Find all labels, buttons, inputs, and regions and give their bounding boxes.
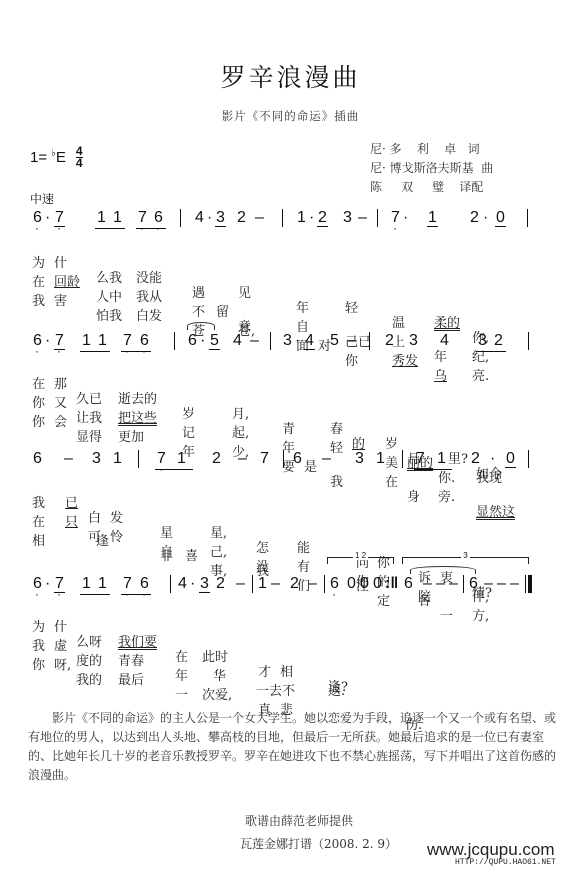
dash: – — [255, 209, 264, 227]
rest: 0 — [347, 575, 356, 593]
note: 3 — [343, 209, 352, 227]
note: 1 — [113, 209, 122, 227]
beam — [136, 228, 166, 229]
description-paragraph: 影片《不同的命运》的主人公是一个女大学生。她以恋爱为手段，追逐一个又一个或有名望… — [28, 709, 558, 785]
barline — [138, 450, 139, 468]
note: 1 — [97, 209, 106, 227]
key-signature: 1= ♭ E 4 4 — [30, 146, 83, 169]
note: 1 — [98, 575, 107, 593]
final-barline — [528, 575, 532, 593]
dot: · — [490, 450, 495, 468]
lyric-verse-3: 相逢 非喜 事,我 们注 定各 一方, — [30, 515, 55, 533]
note: 7 — [157, 450, 166, 468]
note: 7 — [138, 209, 147, 227]
beam — [121, 594, 151, 595]
dash: – — [236, 575, 245, 593]
dash: – — [238, 450, 247, 468]
lyrics-row-2: 在那 久已逝去的 岁月, 青春 的岁 月里? 如今 你又 让我把这些 记起, 年… — [0, 358, 17, 433]
credit-translator: 陈 双 璧 译配 — [370, 178, 493, 197]
rest: 0 — [360, 575, 369, 593]
notes-row-3: 6 – 3 1 7 1 2 – 7 6 – 3 1 7 1 2 · 0 — [0, 448, 581, 472]
beam — [121, 351, 151, 352]
watermark-site: www.jcqupu.com — [427, 840, 555, 860]
beam — [80, 351, 110, 352]
note: 2 — [494, 332, 503, 350]
note: 1 — [177, 450, 186, 468]
note: 1 — [376, 450, 385, 468]
dash: – — [449, 575, 458, 593]
notes-row-2: 6 · 7 1 1 7 6 6 · 5 4 – 3 · 4 5 – 2 3 4 … — [0, 330, 581, 354]
barline — [180, 209, 181, 227]
note: 6 — [33, 209, 42, 227]
note: 6 — [188, 332, 197, 350]
dash: – — [510, 575, 519, 593]
note: 1 — [258, 575, 267, 593]
lyric-verse-2: 在只 可怜 自己, 没有 你的 陪伴, — [30, 496, 55, 514]
note: 6 — [140, 332, 149, 350]
dash: – — [436, 575, 445, 593]
time-signature: 4 4 — [76, 146, 83, 169]
lyric-verse-3: 你会 显得更加 年少, 要是 我在 身旁. 显然这 — [30, 396, 55, 414]
dot: · — [309, 209, 314, 227]
dash: – — [497, 575, 506, 593]
note: 6 — [33, 332, 42, 350]
dot: · — [483, 209, 488, 227]
dash: – — [250, 332, 259, 350]
lyric-verse-3: 你呀, 我的最后 一次爱, 真悲 伤. — [30, 639, 55, 657]
dash: – — [308, 575, 317, 593]
note: 4 — [233, 332, 242, 350]
note: 4 — [305, 332, 314, 350]
dot: · — [190, 575, 195, 593]
note: 2 — [471, 450, 480, 468]
note: 3 — [355, 450, 364, 468]
beam — [80, 594, 110, 595]
dot: · — [207, 209, 212, 227]
provider-credit: 歌谱由薛范老师提供 — [245, 812, 353, 829]
note: 1 — [82, 575, 91, 593]
song-title: 罗辛浪漫曲 — [0, 58, 581, 94]
note: 7 — [391, 209, 400, 227]
lyric-verse-1: 为什 么呀我们要 在此时 才相 逢? — [30, 601, 55, 619]
note: 6 — [293, 450, 302, 468]
note: 1 — [98, 332, 107, 350]
barline — [528, 332, 529, 350]
volta-3: 3 — [402, 557, 529, 564]
note: 2 — [385, 332, 394, 350]
lyric-verse-2: 在回龄 人中我从 不留 意自 己已上 年纪, — [30, 256, 55, 274]
barline — [402, 450, 403, 468]
dash: – — [322, 450, 331, 468]
rest: 0 — [373, 575, 382, 593]
note: 0 — [496, 209, 505, 227]
barline — [463, 575, 464, 593]
tie-arc — [187, 322, 215, 330]
barline — [369, 332, 370, 350]
time-bottom: 4 — [76, 158, 83, 169]
note: 6 — [33, 450, 42, 468]
notes-row-1: 6 · 7 1 1 7 6 4 · 3 2 – 1 · 2 3 – 7 · 1 … — [0, 207, 581, 231]
volta-1-2: 1 2 — [327, 557, 394, 564]
flat-icon: ♭ — [51, 148, 56, 159]
note: 2 — [216, 575, 225, 593]
note: 5 — [330, 332, 339, 350]
dash: – — [358, 209, 367, 227]
credit-lyricist: 尼· 多 利 卓 词 — [370, 140, 493, 159]
barline — [283, 450, 284, 468]
lyric-verse-1: 为什 么我没能 遇见 年轻 温柔的 你, — [30, 237, 55, 255]
lyrics-row-4: 为什 么呀我们要 在此时 才相 逢? 我虚 度的青春 年华 一去不返. 你呀, … — [0, 601, 17, 676]
dash: – — [484, 575, 493, 593]
note: 6 — [33, 575, 42, 593]
credit-composer: 尼· 博戈斯洛夫斯基 曲 — [370, 159, 493, 178]
note: 2 — [318, 209, 327, 227]
note: 2 — [470, 209, 479, 227]
repeat-end-sign: :‖ — [385, 575, 398, 593]
barline — [282, 209, 283, 227]
barline — [528, 450, 529, 468]
lyrics-row-3: 我已 白发 星星, 怎能 向你 诉衷 情? 在只 可怜 自己, 没有 你的 陪伴… — [0, 477, 17, 552]
dash: – — [271, 575, 280, 593]
note: 4 — [440, 332, 449, 350]
note: 1 — [297, 209, 306, 227]
note: 3 — [478, 332, 487, 350]
note: 0 — [506, 450, 515, 468]
note: 7 — [123, 332, 132, 350]
barline — [377, 209, 378, 227]
barline — [270, 332, 271, 350]
note: 2 — [237, 209, 246, 227]
note: 1 — [82, 332, 91, 350]
lyric-verse-1: 在那 久已逝去的 岁月, 青春 的岁 月里? 如今 — [30, 358, 55, 376]
note: 7 — [260, 450, 269, 468]
song-subtitle: 影片《不同的命运》插曲 — [0, 108, 581, 124]
barline — [324, 575, 325, 593]
note: 3 — [283, 332, 292, 350]
note: 3 — [216, 209, 225, 227]
lyric-verse-2: 我虚 度的青春 年华 一去不返. — [30, 620, 55, 638]
note: 4 — [178, 575, 187, 593]
dot: · — [45, 209, 50, 227]
note: 6 — [330, 575, 339, 593]
dot: · — [403, 209, 408, 227]
note: 7 — [416, 450, 425, 468]
note: 6 — [469, 575, 478, 593]
key-note: E — [56, 149, 66, 166]
barline — [527, 209, 528, 227]
note: 6 — [140, 575, 149, 593]
beam — [414, 469, 452, 470]
tempo-marking: 中速 — [30, 190, 54, 207]
dash: – — [348, 332, 357, 350]
dot: · — [200, 332, 205, 350]
beam — [95, 228, 125, 229]
lyric-verse-3: 我害 怕我白发 苍苍, 面对 你秀发 乌亮. — [30, 275, 55, 293]
dot: · — [45, 332, 50, 350]
note: 7 — [123, 575, 132, 593]
note: 2 — [290, 575, 299, 593]
note: 3 — [92, 450, 101, 468]
typist-credit: 瓦莲金娜打谱（2008. 2. 9） — [240, 835, 397, 852]
dash: – — [64, 450, 73, 468]
key-label: 1= — [30, 149, 47, 166]
lyrics-row-1: 为什 么我没能 遇见 年轻 温柔的 你, 在回龄 人中我从 不留 意自 己已上 … — [0, 237, 17, 312]
note: 1 — [428, 209, 437, 227]
barline — [252, 575, 253, 593]
credits: 尼· 多 利 卓 词 尼· 博戈斯洛夫斯基 曲 陈 双 璧 译配 — [370, 140, 493, 197]
notes-row-4: 6 · 7 1 1 7 6 4 · 3 2 – 1 – 2 – 6 0 0 0 … — [0, 573, 581, 597]
note: 1 — [113, 450, 122, 468]
note: 3 — [200, 575, 209, 593]
note: 5 — [210, 332, 219, 350]
dot: · — [45, 575, 50, 593]
dash: – — [423, 575, 432, 593]
note: 2 — [212, 450, 221, 468]
barline — [174, 332, 175, 350]
beam — [476, 351, 506, 352]
lyric-verse-1: 我已 白发 星星, 怎能 向你 诉衷 情? — [30, 477, 55, 495]
dot: · — [295, 332, 300, 350]
note: 7 — [55, 209, 64, 227]
barline — [170, 575, 171, 593]
note: 3 — [409, 332, 418, 350]
note: 4 — [195, 209, 204, 227]
note: 1 — [437, 450, 446, 468]
note: 6 — [404, 575, 413, 593]
watermark-url: HTTP://QUPU.HAO61.NET — [455, 858, 556, 867]
barline — [525, 575, 526, 593]
note: 7 — [55, 332, 64, 350]
beam — [155, 469, 193, 470]
note: 6 — [154, 209, 163, 227]
lyric-verse-2: 你又 让我把这些 记起, 年轻 美丽的 你.我现 — [30, 377, 55, 395]
note: 7 — [55, 575, 64, 593]
